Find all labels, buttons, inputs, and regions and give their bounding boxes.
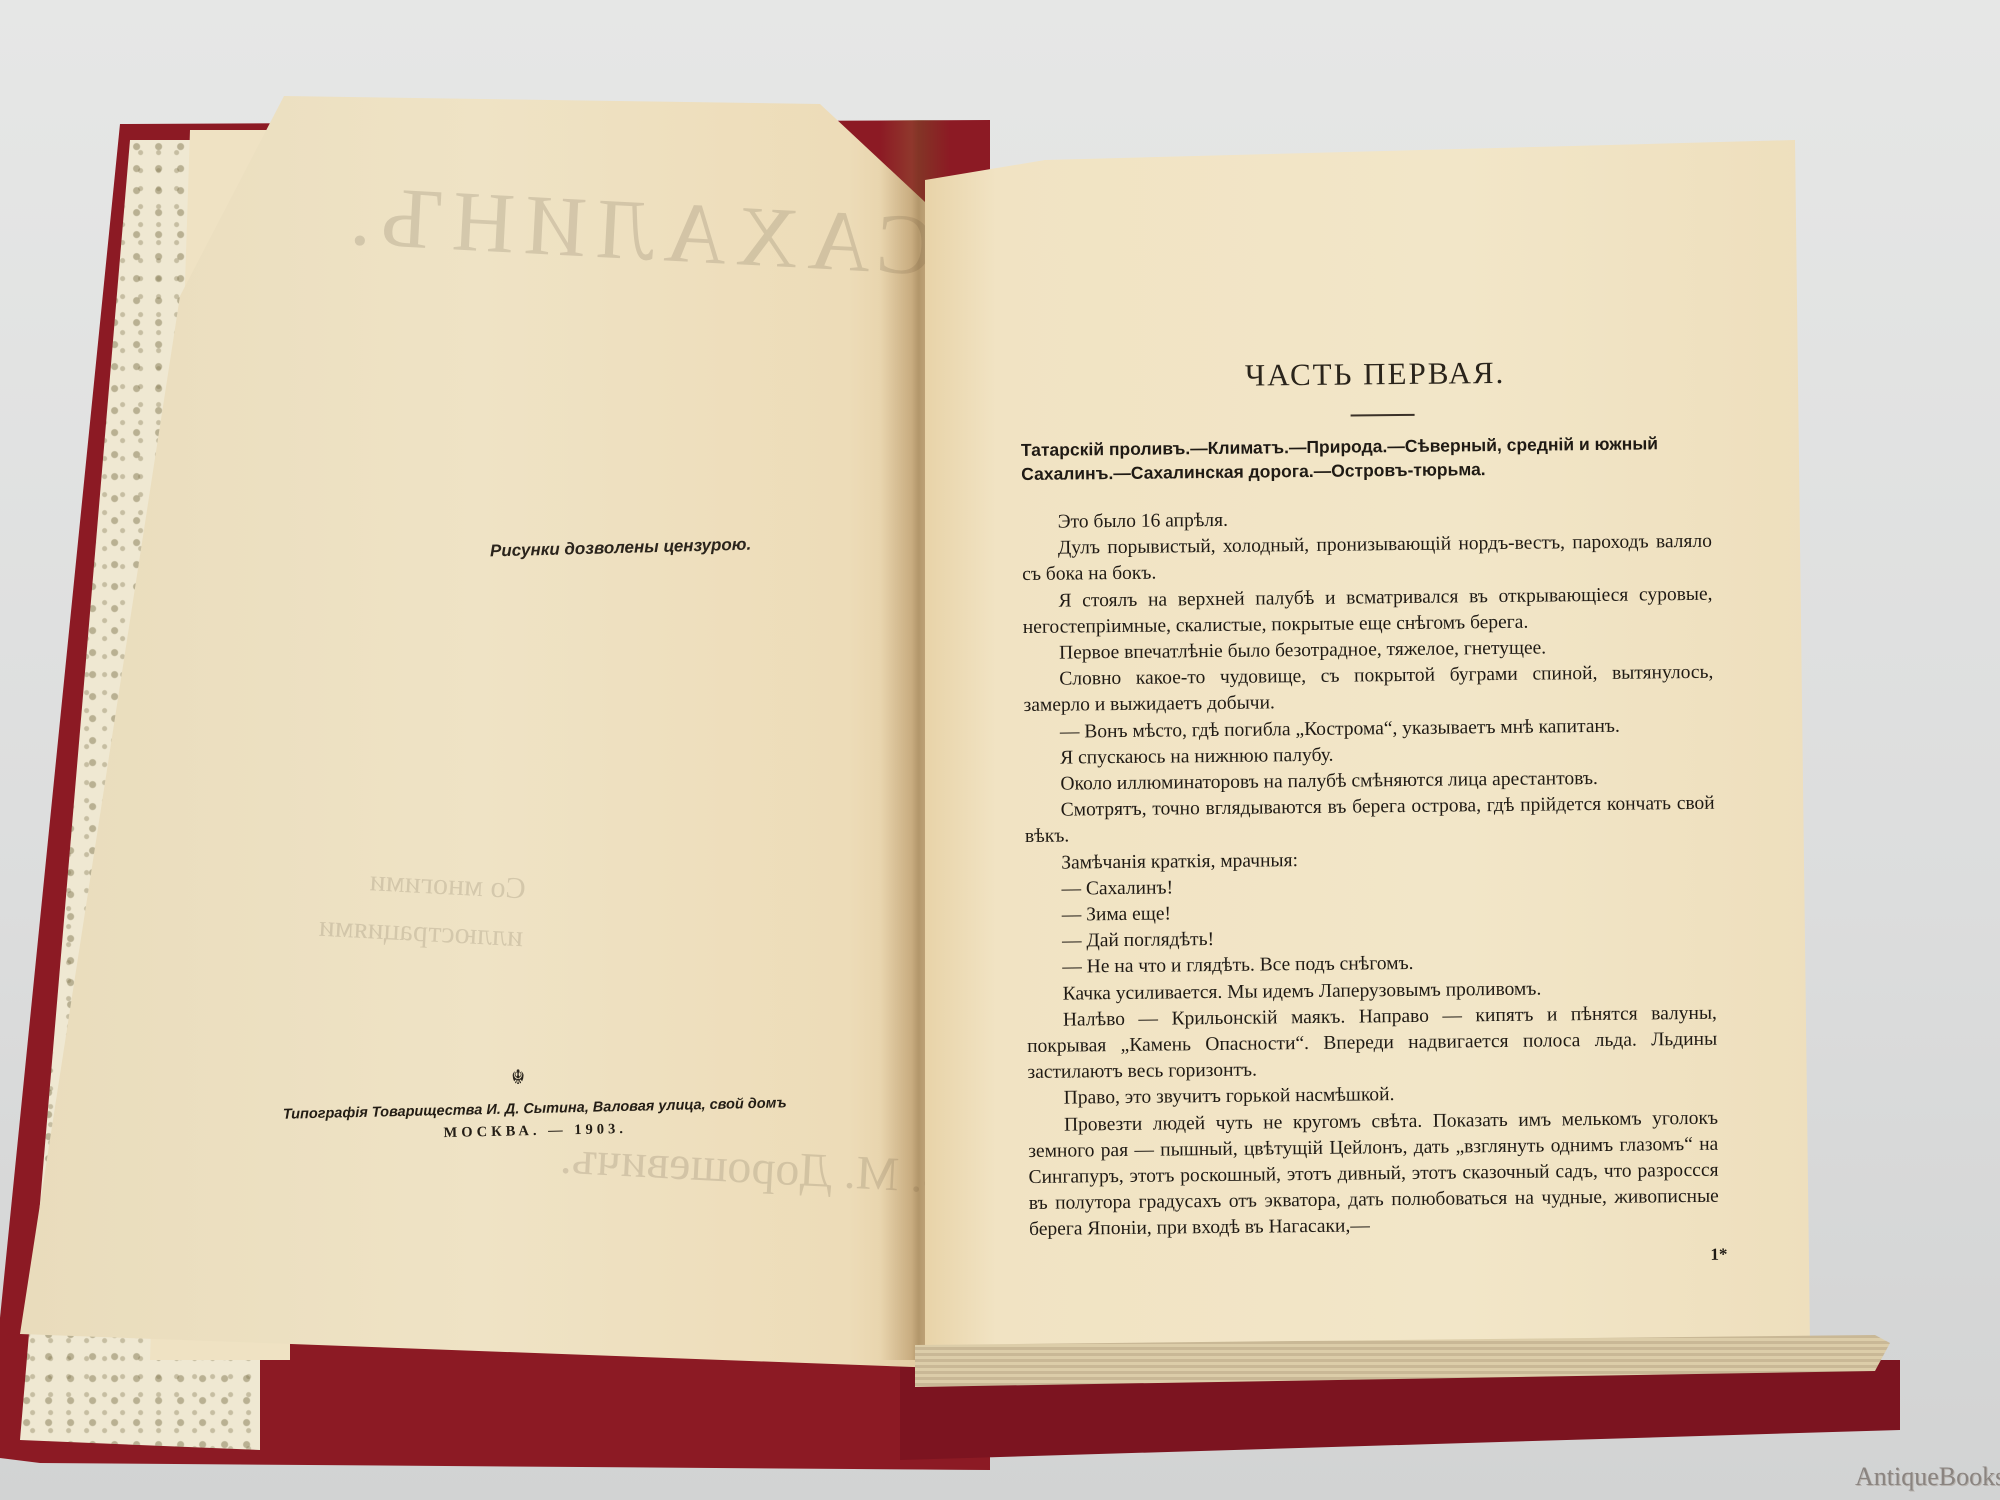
paragraph: Дулъ порывистый, холодный, пронизывающій… (1022, 529, 1713, 589)
paragraph: Словно какое-то чудовище, съ покрытой бу… (1023, 660, 1714, 720)
part-title: ЧАСТЬ ПЕРВАЯ. (1040, 353, 1710, 396)
body-text: Это было 16 апрѣля. Дулъ порывистый, хол… (1022, 503, 1720, 1244)
double-headed-eagle-icon: ☬ (511, 1065, 525, 1090)
right-page-text: ЧАСТЬ ПЕРВАЯ. Татарскій проливъ.—Климатъ… (1020, 353, 1720, 1272)
bleed-through-subtitle: Со многими иллюстрациями (318, 855, 527, 962)
paragraph: Налѣво — Крильонскій маякъ. Направо — ки… (1027, 1001, 1718, 1087)
chapter-summary: Татарскій проливъ.—Климатъ.—Природа.—Сѣв… (1021, 431, 1711, 486)
watermark: AntiqueBooks.ru (1855, 1462, 2000, 1492)
title-rule (1351, 414, 1415, 417)
paragraph: Провезти людей чуть не кругомъ свѣта. По… (1028, 1105, 1719, 1243)
paragraph: Смотрятъ, точно вглядываются въ берега о… (1025, 791, 1716, 851)
paragraph: Я стоялъ на верхней палубѣ и всматривалс… (1022, 581, 1713, 641)
